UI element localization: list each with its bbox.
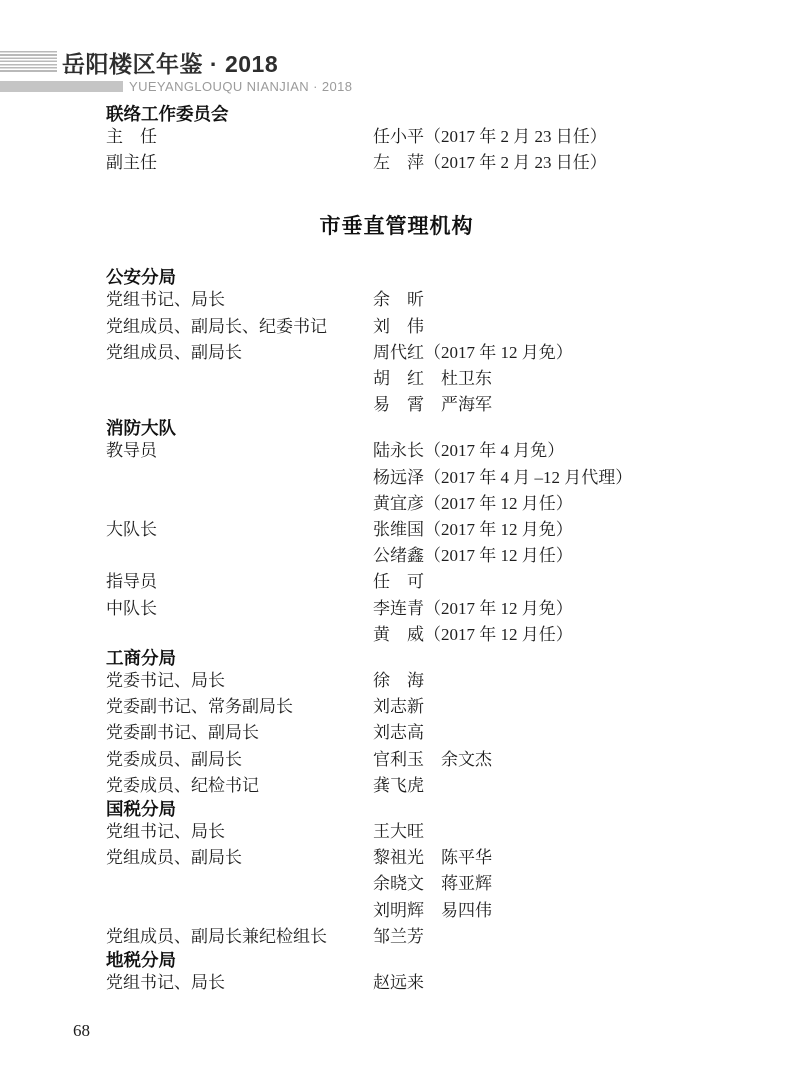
- section-heading: 公安分局: [0, 267, 793, 287]
- table-row: 黄宜彦（2017 年 12 月任）: [0, 491, 793, 517]
- chapter-title: 市垂直管理机构: [0, 212, 793, 242]
- position-label: [106, 898, 373, 924]
- table-row: 党组成员、副局长兼纪检组长 邹兰芳: [0, 924, 793, 950]
- person-name: 黎祖光 陈平华: [373, 845, 793, 871]
- person-name: 黄 威（2017 年 12 月任）: [373, 622, 793, 648]
- position-label: 指导员: [106, 569, 373, 595]
- table-row: 党委副书记、常务副局长 刘志新: [0, 694, 793, 720]
- header-stripes-decoration: [0, 51, 57, 73]
- header-bar-decoration: [0, 81, 123, 92]
- section-heading: 联络工作委员会: [0, 104, 793, 124]
- table-row: 黄 威（2017 年 12 月任）: [0, 622, 793, 648]
- position-label: [106, 871, 373, 897]
- position-label: 党组书记、局长: [106, 819, 373, 845]
- table-row: 党委成员、纪检书记 龚飞虎: [0, 773, 793, 799]
- table-row: 党委副书记、副局长 刘志高: [0, 720, 793, 746]
- table-row: 胡 红 杜卫东: [0, 366, 793, 392]
- person-name: 余晓文 蒋亚辉: [373, 871, 793, 897]
- table-row: 刘明辉 易四伟: [0, 898, 793, 924]
- position-label: [106, 392, 373, 418]
- table-row: 副主任 左 萍（2017 年 2 月 23 日任）: [0, 150, 793, 176]
- position-label: [106, 622, 373, 648]
- table-row: 党委书记、局长 徐 海: [0, 668, 793, 694]
- person-name: 陆永长（2017 年 4 月免）: [373, 438, 793, 464]
- yearbook-title: 岳阳楼区年鉴 · 2018: [62, 50, 278, 78]
- section-heading: 国税分局: [0, 799, 793, 819]
- table-row: 党组成员、副局长、纪委书记 刘 伟: [0, 314, 793, 340]
- position-label: 大队长: [106, 517, 373, 543]
- table-row: 党组书记、局长 赵远来: [0, 970, 793, 996]
- table-row: 党组成员、副局长 周代红（2017 年 12 月免）: [0, 340, 793, 366]
- table-row: 党组成员、副局长 黎祖光 陈平华: [0, 845, 793, 871]
- table-row: 杨远泽（2017 年 4 月 –12 月代理）: [0, 465, 793, 491]
- person-name: 官利玉 余文杰: [373, 747, 793, 773]
- person-name: 余 昕: [373, 287, 793, 313]
- person-name: 左 萍（2017 年 2 月 23 日任）: [373, 150, 793, 176]
- person-name: 任 可: [373, 569, 793, 595]
- person-name: 周代红（2017 年 12 月免）: [373, 340, 793, 366]
- table-row: 大队长 张维国（2017 年 12 月免）: [0, 517, 793, 543]
- person-name: 龚飞虎: [373, 773, 793, 799]
- section-heading: 消防大队: [0, 418, 793, 438]
- person-name: 刘志新: [373, 694, 793, 720]
- position-label: 党组成员、副局长: [106, 340, 373, 366]
- section-heading: 工商分局: [0, 648, 793, 668]
- yearbook-page: 岳阳楼区年鉴 · 2018 YUEYANGLOUQU NIANJIAN · 20…: [0, 0, 793, 1077]
- table-row: 党组书记、局长 余 昕: [0, 287, 793, 313]
- section-heading: 地税分局: [0, 950, 793, 970]
- table-row: 易 霄 严海军: [0, 392, 793, 418]
- position-label: 党组书记、局长: [106, 287, 373, 313]
- position-label: [106, 465, 373, 491]
- person-name: 易 霄 严海军: [373, 392, 793, 418]
- table-row: 党委成员、副局长 官利玉 余文杰: [0, 747, 793, 773]
- table-row: 指导员 任 可: [0, 569, 793, 595]
- person-name: 刘 伟: [373, 314, 793, 340]
- table-row: 主 任 任小平（2017 年 2 月 23 日任）: [0, 124, 793, 150]
- page-content: 联络工作委员会 主 任 任小平（2017 年 2 月 23 日任） 副主任 左 …: [0, 104, 793, 996]
- person-name: 任小平（2017 年 2 月 23 日任）: [373, 124, 793, 150]
- position-label: 党委副书记、副局长: [106, 720, 373, 746]
- table-row: 教导员 陆永长（2017 年 4 月免）: [0, 438, 793, 464]
- position-label: 主 任: [106, 124, 373, 150]
- position-label: 中队长: [106, 596, 373, 622]
- page-number: 68: [73, 1021, 90, 1041]
- person-name: 张维国（2017 年 12 月免）: [373, 517, 793, 543]
- position-label: 党组成员、副局长: [106, 845, 373, 871]
- position-label: 党组书记、局长: [106, 970, 373, 996]
- position-label: [106, 366, 373, 392]
- person-name: 杨远泽（2017 年 4 月 –12 月代理）: [373, 465, 793, 491]
- position-label: 党委成员、纪检书记: [106, 773, 373, 799]
- position-label: 教导员: [106, 438, 373, 464]
- person-name: 赵远来: [373, 970, 793, 996]
- table-row: 中队长 李连青（2017 年 12 月免）: [0, 596, 793, 622]
- table-row: 党组书记、局长 王大旺: [0, 819, 793, 845]
- table-row: 余晓文 蒋亚辉: [0, 871, 793, 897]
- position-label: 党委副书记、常务副局长: [106, 694, 373, 720]
- person-name: 邹兰芳: [373, 924, 793, 950]
- person-name: 徐 海: [373, 668, 793, 694]
- person-name: 王大旺: [373, 819, 793, 845]
- position-label: 党组成员、副局长兼纪检组长: [106, 924, 373, 950]
- position-label: [106, 491, 373, 517]
- person-name: 刘志高: [373, 720, 793, 746]
- table-row: 公绪鑫（2017 年 12 月任）: [0, 543, 793, 569]
- yearbook-subtitle: YUEYANGLOUQU NIANJIAN · 2018: [129, 79, 352, 94]
- person-name: 李连青（2017 年 12 月免）: [373, 596, 793, 622]
- person-name: 胡 红 杜卫东: [373, 366, 793, 392]
- person-name: 刘明辉 易四伟: [373, 898, 793, 924]
- position-label: [106, 543, 373, 569]
- person-name: 黄宜彦（2017 年 12 月任）: [373, 491, 793, 517]
- position-label: 党组成员、副局长、纪委书记: [106, 314, 373, 340]
- position-label: 副主任: [106, 150, 373, 176]
- person-name: 公绪鑫（2017 年 12 月任）: [373, 543, 793, 569]
- position-label: 党委成员、副局长: [106, 747, 373, 773]
- position-label: 党委书记、局长: [106, 668, 373, 694]
